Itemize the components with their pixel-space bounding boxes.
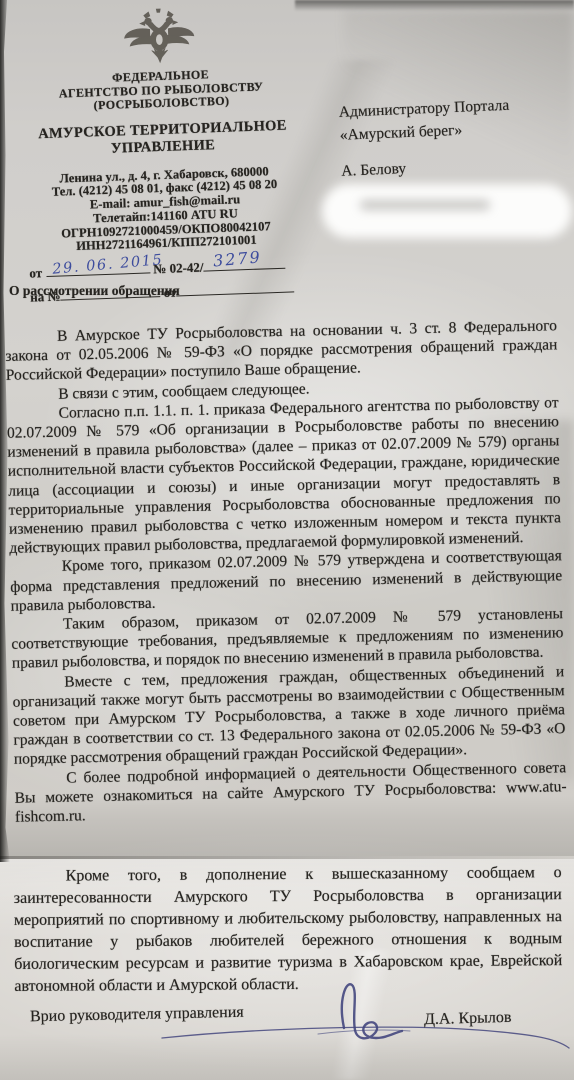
- scanned-letter-photo: ФЕДЕРАЛЬНОЕ АГЕНТСТВО ПО РЫБОЛОВСТВУ (РО…: [0, 0, 574, 1080]
- contact-block: Ленина ул., д. 4, г. Хабаровск, 680000 Т…: [20, 163, 311, 256]
- photo-edge: [295, 0, 574, 11]
- subject-line: О рассмотрении обращения: [9, 283, 180, 299]
- body-paragraph: Согласно п.п. 1.1. п. 1. приказа Федерал…: [6, 393, 561, 558]
- redacted-email-area: [322, 184, 572, 238]
- department-name: АМУРСКОЕ ТЕРРИТОРИАЛЬНОЕ УПРАВЛЕНИЕ: [18, 116, 307, 160]
- recipient-block: Администратору Портала «Амурский берег» …: [338, 91, 571, 183]
- date-underline: 29. 06. 2015: [46, 259, 150, 278]
- body-paragraph: С более подробной информацией о деятельн…: [14, 758, 567, 827]
- letter-body: В Амурское ТУ Росрыболовства на основани…: [5, 316, 567, 827]
- letterhead: ФЕДЕРАЛЬНОЕ АГЕНТСТВО ПО РЫБОЛОВСТВУ (РО…: [14, 0, 312, 306]
- coat-of-arms-icon: [118, 5, 200, 70]
- photo-seam: [0, 856, 574, 859]
- handwritten-number: 3279: [213, 248, 263, 271]
- body-paragraph: Вместе с тем, предложения граждан, общес…: [12, 662, 566, 770]
- reply-date-underline: [176, 278, 294, 297]
- handwritten-date: 29. 06. 2015: [51, 252, 163, 278]
- signatory-name: Д.А. Крылов: [424, 1009, 512, 1029]
- number-underline: 3279: [203, 254, 285, 272]
- from-label: от: [29, 265, 42, 280]
- redaction-smudge: [360, 200, 490, 210]
